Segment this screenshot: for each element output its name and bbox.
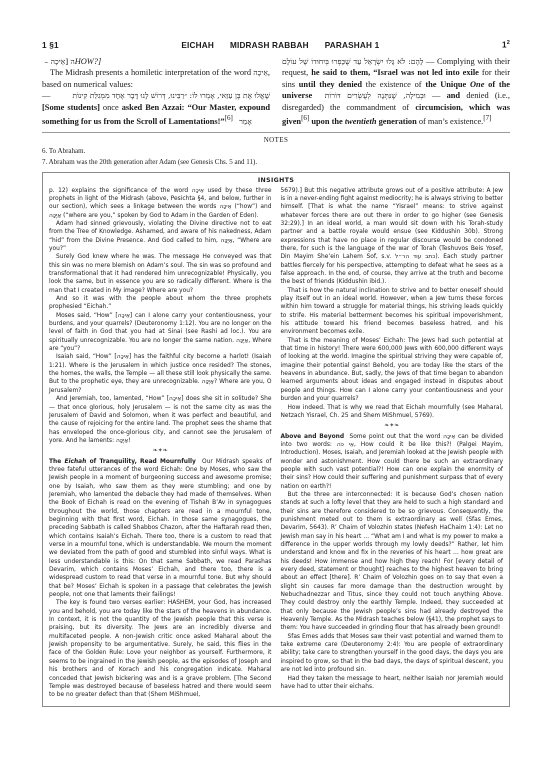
insight-paragraph: And Jeremiah, too, lamented, “How” [אֵיכ… [49,395,272,445]
note-7: 7. Abraham was the 20th generation after… [42,157,510,168]
running-title: EICHAH MIDRASH RABBAH PARASHAH 1 [181,41,379,50]
insights-title: INSIGHTS [49,177,503,185]
section-heading: The Eichah of Tranquility, Read Mournful… [49,459,196,465]
notes-title: NOTES [42,136,510,144]
insight-paragraph: The key is found two verses earlier: HAS… [49,599,272,699]
insight-paragraph: That is the meaning of Moses’ Eichah: Th… [281,337,504,404]
insight-section: Above and Beyond Some point out that the… [281,433,504,491]
insight-paragraph: Moses said, “How” [אֵיכָה] can I alone c… [49,312,272,354]
notes: 6. To Abraham. 7. Abraham was the 20th g… [42,146,510,167]
ornament-divider-icon: ❧✦❧ [281,422,504,430]
note-6: 6. To Abraham. [42,146,510,157]
notes-divider [42,132,510,133]
insights-box: INSIGHTS p. 12) explains the significanc… [42,172,510,706]
intro-paragraph: The Midrash presents a homiletic interpr… [42,67,270,90]
insight-paragraph: But the three are interconnected: It is … [281,491,504,633]
lemma: ה [אֵיכָה – HOW?] [42,56,270,67]
running-head: 1 §1 EICHAH MIDRASH RABBAH PARASHAH 1 12 [42,40,510,54]
insight-paragraph: Had they taken the message to heart, nei… [281,675,504,692]
insights-left-column: p. 12) explains the significance of the … [49,187,272,700]
insight-paragraph: Sfas Emes adds that Moses saw their vast… [281,633,504,675]
ornament-divider-icon: ❧✦❧ [49,447,272,455]
insight-paragraph: 5679).] But this negative attribute grow… [281,187,504,287]
main-left-column: ה [אֵיכָה – HOW?] The Midrash presents a… [42,56,270,127]
translation-paragraph-2: לָהֶם: לֹא גָּלוּ יִשְׂרָאֵל עַד שֶׁכָּפ… [282,56,510,127]
insight-paragraph: Adam had sinned grievously, violating th… [49,220,272,253]
insight-paragraph: That is how the natural inclination to s… [281,287,504,337]
main-right-column: לָהֶם: לֹא גָּלוּ יִשְׂרָאֵל עַד שֶׁכָּפ… [282,56,510,127]
insight-paragraph: p. 12) explains the significance of the … [49,187,272,220]
insights-right-column: 5679).] But this negative attribute grow… [281,187,504,700]
insight-paragraph: Surely God knew where he was. The messag… [49,253,272,295]
work-title: MIDRASH RABBAH [230,41,309,50]
hebrew-line: — שָׁאֲלוּ אֶת בֶּן עַזַּאי, אָמְרוּ לוֹ… [42,90,270,101]
book-title: EICHAH [181,41,214,50]
insight-paragraph: How indeed. That is why we read that Eic… [281,404,504,421]
main-text: ה [אֵיכָה – HOW?] The Midrash presents a… [42,56,510,127]
page-number: 12 [502,40,510,50]
insight-section: The Eichah of Tranquility, Read Mournful… [49,458,272,600]
translation-paragraph: [Some students] once asked Ben Azzai: “O… [42,102,270,128]
chapter-section-ref: 1 §1 [42,41,59,50]
parashah-title: PARASHAH 1 [325,41,380,50]
section-heading: Above and Beyond [281,434,345,440]
insight-paragraph: And so it was with the people about whom… [49,295,272,312]
page: 1 §1 EICHAH MIDRASH RABBAH PARASHAH 1 12… [42,40,510,707]
insight-paragraph: Isaiah said, “How” [אֵיכָה] has the fait… [49,353,272,395]
